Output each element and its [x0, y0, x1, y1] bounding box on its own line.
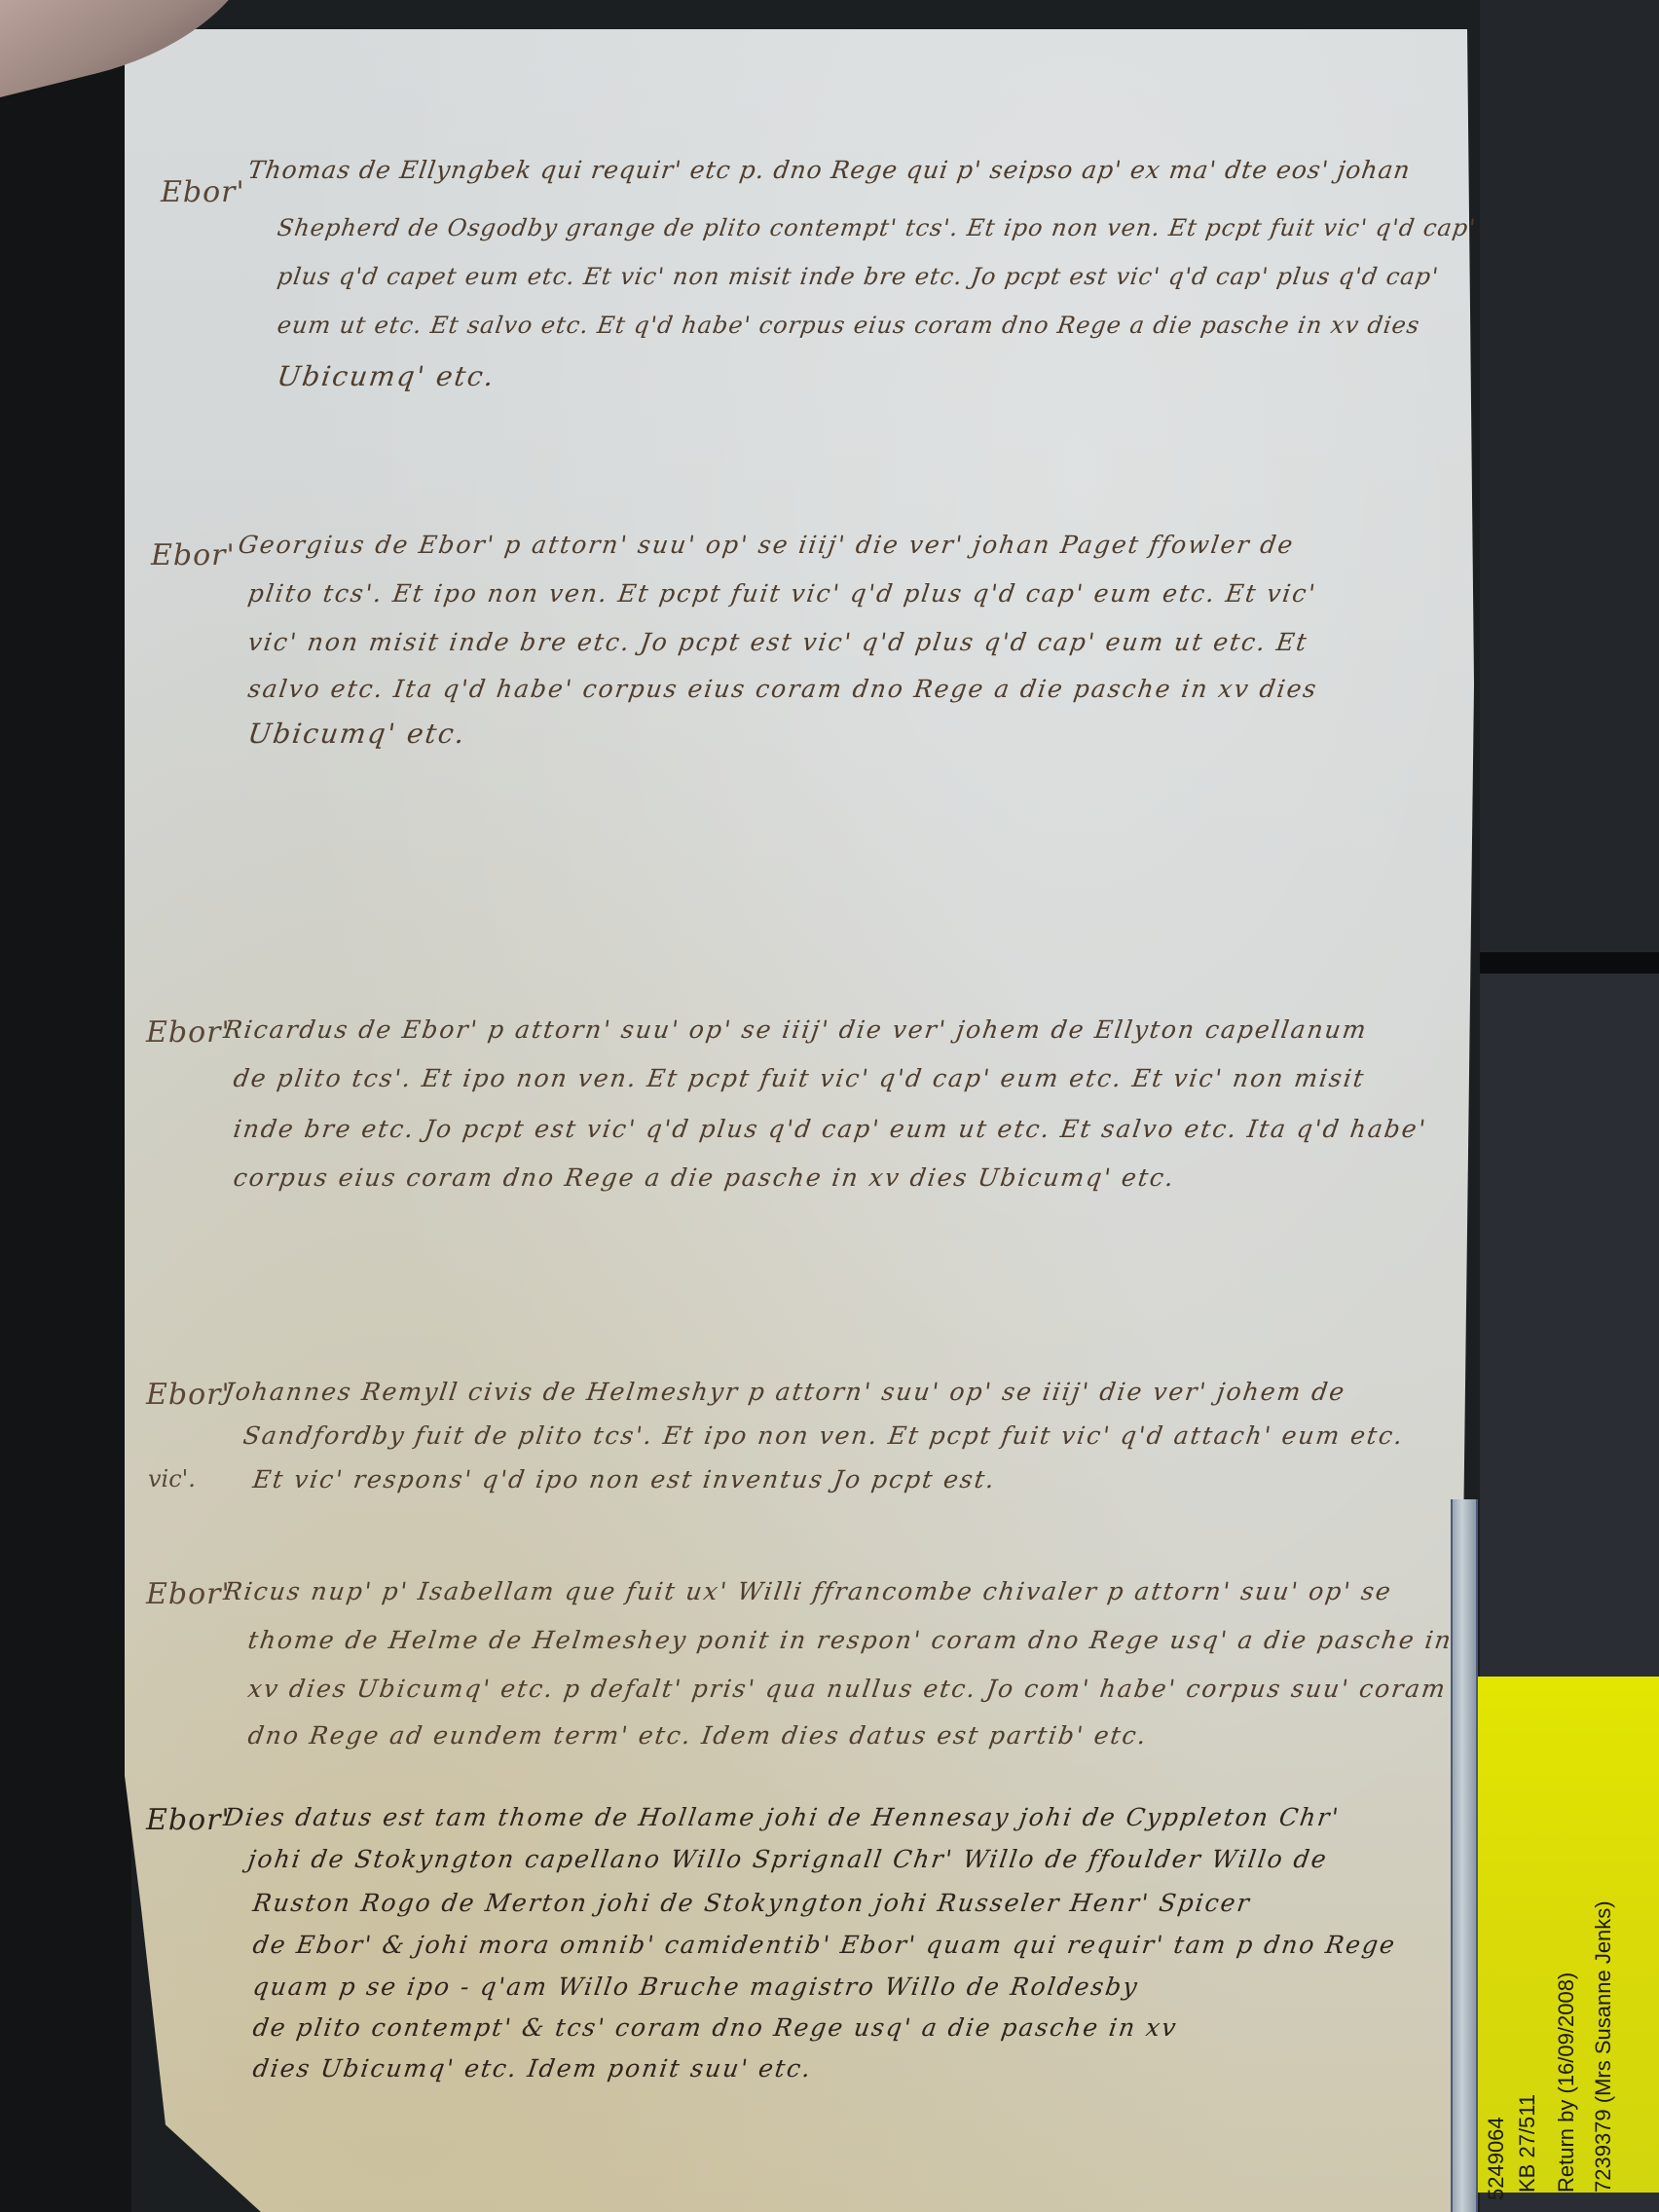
entry-margin-county: Ebor'	[146, 1378, 231, 1412]
entry-line: inde bre etc. Jo pcpt est vic' q'd plus …	[232, 1115, 1429, 1143]
slip-document-number: 5249064	[1484, 2117, 1509, 2200]
entry-line: xv dies Ubicumq' etc. p defalt' pris' qu…	[246, 1675, 1449, 1703]
entry-line: thome de Helme de Helmeshey ponit in res…	[246, 1626, 1455, 1654]
entry-line: quam p se ipo - q'am Willo Bruche magist…	[251, 1972, 1141, 2001]
entry-line: dno Rege ad eundem term' etc. Idem dies …	[246, 1721, 1150, 1750]
entry-line: Et vic' respons' q'd ipo non est inventu…	[251, 1465, 998, 1493]
entry-line: eum ut etc. Et salvo etc. Et q'd habe' c…	[276, 312, 1421, 339]
entry-line: Ricardus de Ebor' p attorn' suu' op' se …	[222, 1015, 1370, 1044]
roll-entry-6: Ebor' Dies datus est tam thome de Hollam…	[146, 1791, 1470, 2074]
entry-line: Ricus nup' p' Isabellam que fuit ux' Wil…	[222, 1577, 1394, 1605]
entry-line: salvo etc. Ita q'd habe' corpus eius cor…	[246, 675, 1319, 703]
margin-note: vic'.	[148, 1465, 196, 1493]
archive-request-slip: 5249064 KB 27/511 Return by (16/09/2008)…	[1478, 1677, 1659, 2193]
entry-line: corpus eius coram dno Rege a die pasche …	[232, 1163, 1177, 1192]
entry-line: Ruston Rogo de Merton johi de Stokyngton…	[251, 1889, 1253, 1917]
entry-line: dies Ubicumq' etc. Idem ponit suu' etc.	[251, 2054, 814, 2083]
entry-line: de plito contempt' & tcs' coram dno Rege…	[251, 2013, 1180, 2042]
roll-entry-1: Ebor' Thomas de Ellyngbek qui requir' et…	[161, 156, 1465, 389]
entry-line: de plito tcs'. Et ipo non ven. Et pcpt f…	[232, 1064, 1367, 1092]
entry-line: Ubicumq' etc.	[276, 360, 498, 392]
slip-text-rotated: 5249064 KB 27/511 Return by (16/09/2008)…	[1478, 1677, 1659, 2193]
entry-line: Johannes Remyll civis de Helmeshyr p att…	[222, 1378, 1347, 1406]
entry-line: Dies datus est tam thome de Hollame johi…	[222, 1803, 1342, 1831]
entry-line: Ubicumq' etc.	[246, 718, 468, 750]
entry-margin-county: Ebor'	[161, 175, 245, 209]
entry-line: Sandfordby fuit de plito tcs'. Et ipo no…	[241, 1421, 1406, 1450]
entry-line: plito tcs'. Et ipo non ven. Et pcpt fuit…	[246, 579, 1318, 608]
dark-background-left	[0, 58, 131, 2212]
roll-entry-2: Ebor' Georgius de Ebor' p attorn' suu' o…	[151, 511, 1456, 725]
slip-return-date: Return by (16/09/2008)	[1554, 1972, 1579, 2193]
roll-entry-3: Ebor' Ricardus de Ebor' p attorn' suu' o…	[146, 1008, 1470, 1202]
roll-entry-5: Ebor' Ricus nup' p' Isabellam que fuit u…	[146, 1567, 1470, 1743]
entry-line: de Ebor' & johi mora omnib' camidentib' …	[251, 1931, 1398, 1959]
slip-reader: 7239379 (Mrs Susanne Jenks)	[1591, 1900, 1616, 2193]
entry-margin-county: Ebor'	[146, 1803, 231, 1837]
entry-line: plus q'd capet eum etc. Et vic' non misi…	[276, 263, 1441, 290]
entry-line: Shepherd de Osgodby grange de plito cont…	[276, 214, 1478, 241]
entry-margin-county: Ebor'	[146, 1015, 231, 1050]
entry-line: Thomas de Ellyngbek qui requir' etc p. d…	[246, 156, 1413, 184]
entry-line: vic' non misit inde bre etc. Jo pcpt est…	[246, 628, 1310, 656]
entry-line: Georgius de Ebor' p attorn' suu' op' se …	[237, 531, 1296, 559]
entry-margin-county: Ebor'	[151, 538, 236, 572]
roll-entry-4: Ebor' Johannes Remyll civis de Helmeshyr…	[146, 1368, 1470, 1514]
entry-margin-county: Ebor'	[146, 1577, 231, 1611]
entry-line: johi de Stokyngton capellano Willo Sprig…	[246, 1845, 1330, 1873]
slip-reference: KB 27/511	[1515, 2094, 1540, 2193]
dark-divider-band	[1480, 952, 1659, 974]
